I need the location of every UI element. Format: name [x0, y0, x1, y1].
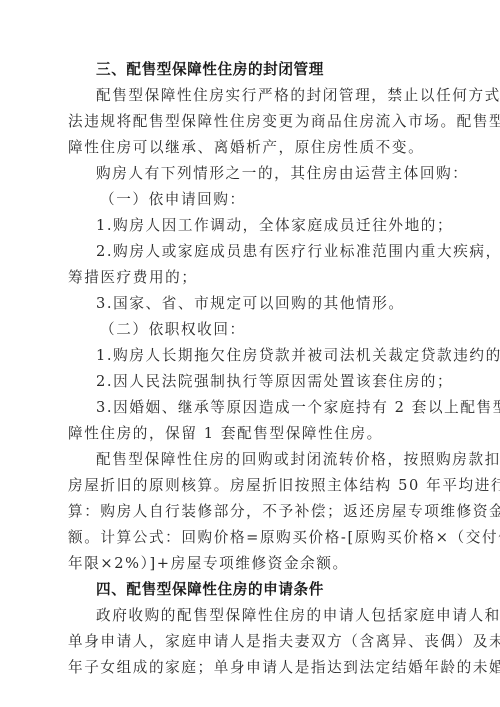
- section-heading-closed-management: 三、配售型保障性住房的封闭管理: [96, 60, 468, 80]
- list-item: 3.国家、省、市规定可以回购的其他情形。: [96, 294, 468, 314]
- list-item: 3.因婚姻、继承等原因造成一个家庭持有 2 套以上配售型保: [96, 398, 468, 418]
- subheading-official-recovery: （二）依职权收回：: [100, 320, 472, 340]
- paragraph-line: 额。计算公式：回购价格=原购买价格-[原购买价格×（交付使用: [68, 528, 440, 548]
- subheading-apply-buyback: （一）依申请回购：: [100, 190, 472, 210]
- paragraph-line: 单身申请人，家庭申请人是指夫妻双方（含离异、丧偶）及未成: [68, 632, 440, 652]
- paragraph-line: 年限×2%）]+房屋专项维修资金余额。: [68, 554, 440, 574]
- paragraph-line: 年子女组成的家庭；单身申请人是指达到法定结婚年龄的未婚人: [68, 658, 440, 678]
- paragraph-line: 法违规将配售型保障性住房变更为商品住房流入市场。配售型保: [68, 112, 440, 132]
- paragraph-line: 配售型保障性住房实行严格的封闭管理，禁止以任何方式违: [96, 86, 468, 106]
- list-item-continuation: 障性住房的，保留 1 套配售型保障性住房。: [68, 424, 440, 444]
- paragraph-line: 算：购房人自行装修部分，不予补偿；返还房屋专项维修资金余: [68, 502, 440, 522]
- paragraph-line: 政府收购的配售型保障性住房的申请人包括家庭申请人和: [96, 606, 468, 626]
- list-item: 2.购房人或家庭成员患有医疗行业标准范围内重大疾病，需: [96, 242, 468, 262]
- list-item: 1.购房人因工作调动，全体家庭成员迁往外地的；: [96, 216, 468, 236]
- list-item-continuation: 筹措医疗费用的；: [68, 268, 440, 288]
- paragraph-line: 购房人有下列情形之一的，其住房由运营主体回购：: [96, 164, 468, 184]
- paragraph-line: 房屋折旧的原则核算。房屋折旧按照主体结构 50 年平均进行计: [68, 476, 440, 496]
- list-item: 2.因人民法院强制执行等原因需处置该套住房的；: [96, 372, 468, 392]
- list-item: 1.购房人长期拖欠住房贷款并被司法机关裁定贷款违约的；: [96, 346, 468, 366]
- section-heading-application-conditions: 四、配售型保障性住房的申请条件: [96, 580, 468, 600]
- document-page: 三、配售型保障性住房的封闭管理 配售型保障性住房实行严格的封闭管理，禁止以任何方…: [0, 0, 500, 707]
- paragraph-line: 障性住房可以继承、离婚析产，原住房性质不变。: [68, 138, 440, 158]
- paragraph-line: 配售型保障性住房的回购或封闭流转价格，按照购房款扣除: [96, 450, 468, 470]
